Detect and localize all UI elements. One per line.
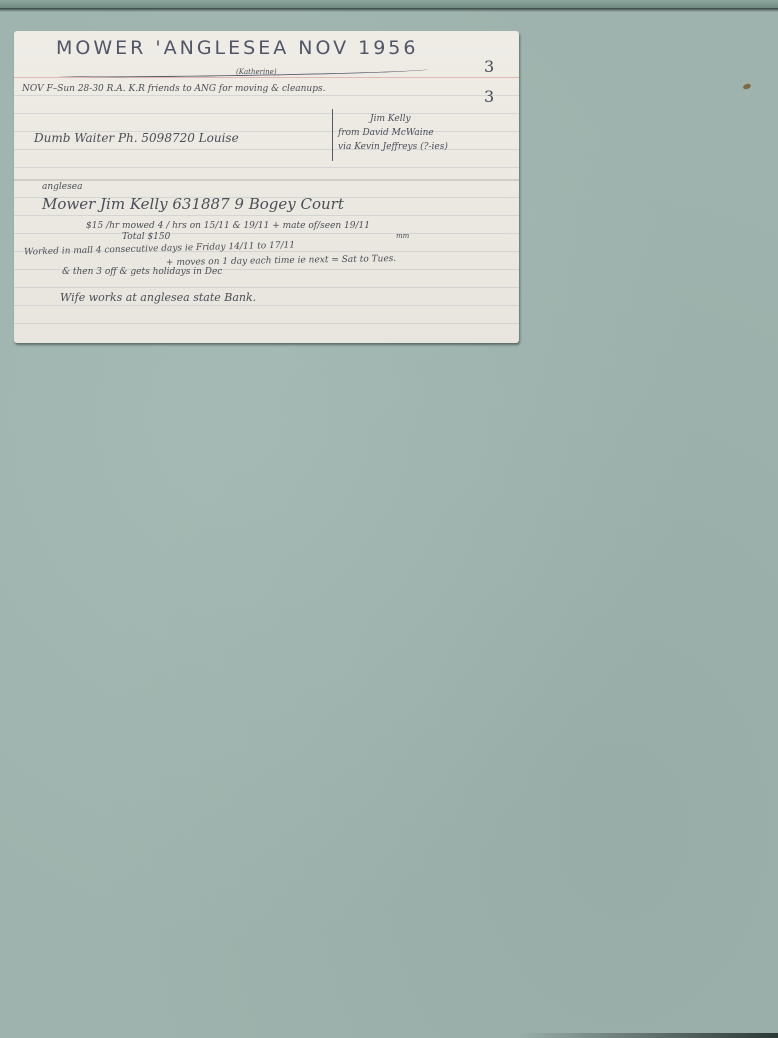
margin-number: 3 [484,87,494,106]
card-fold [14,179,519,181]
ruled-line [14,287,519,288]
frame-top-shadow [0,8,778,12]
margin-number: 3 [484,57,494,76]
bracket [332,109,337,161]
line-payment: $15 /hr mowed 4 / hrs on 15/11 & 19/11 +… [86,221,370,231]
ruled-line [14,305,519,306]
line-wife: Wife works at anglesea state Bank. [60,291,256,304]
red-margin-rule [14,77,519,78]
superscript-note: mm [396,232,409,240]
bracket-note-1: Jim Kelly [370,114,411,124]
line-total: Total $150 [122,232,170,242]
bracket-note-2: from David McWaine [338,128,434,138]
ruled-line [14,95,519,96]
ruled-line [14,215,519,216]
line-mower-contact: Mower Jim Kelly 631887 9 Bogey Court [42,195,344,213]
index-card: MOWER 'ANGLESEA NOV 1956 3 3 (Katherine)… [14,31,519,343]
card-title: MOWER 'ANGLESEA NOV 1956 [56,37,418,59]
ruled-line [14,167,519,168]
ruled-line [14,323,519,324]
line-worked: Worked in mall 4 consecutive days ie Fri… [24,240,295,257]
line-moves: + moves on 1 day each time ie next = Sat… [166,254,396,268]
line-nov-dates: NOV F–Sun 28-30 R.A. K.R friends to ANG … [22,84,325,94]
line-then: & then 3 off & gets holidays in Dec [62,267,222,277]
ruled-line [14,113,519,114]
background-speck [742,83,751,90]
frame-top-edge [0,0,778,8]
line-dumb-waiter: Dumb Waiter Ph. 5098720 Louise [34,131,239,145]
frame-bottom-shadow [518,1033,778,1038]
location-label: anglesea [42,182,82,192]
ruled-line [14,233,519,234]
annotation-katherine: (Katherine) [236,68,277,76]
bracket-note-3: via Kevin Jeffreys (?-ies) [338,142,448,152]
